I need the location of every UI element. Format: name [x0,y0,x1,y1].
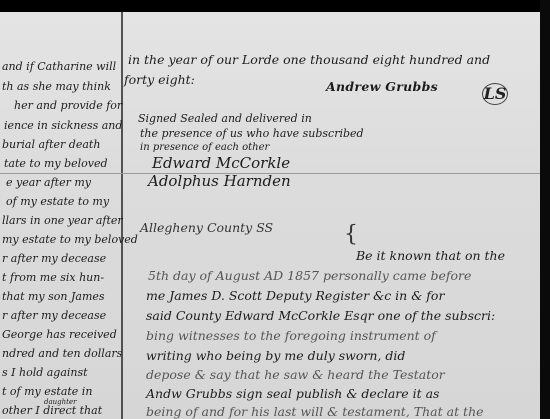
left-line: of my estate to my [6,195,109,208]
affidavit-line: being of and for his last will & testame… [146,404,484,419]
left-line: ience in sickness and [4,119,122,132]
affidavit-line: said County Edward McCorkle Esqr one of … [146,308,495,323]
left-line: th as she may think [2,80,111,93]
left-line: my estate to my beloved [2,233,138,246]
scan-right-border [540,0,550,419]
attestation-line: in presence of each other [140,142,269,153]
scan-top-border [0,0,550,12]
left-line: burial after death [2,138,100,151]
left-line: r after my decease [2,252,106,265]
left-line: e year after my [6,176,91,189]
left-line: s I hold against [2,366,88,379]
affidavit-line: Andw Grubbs sign seal publish & declare … [146,386,439,401]
affidavit-line: bing witnesses to the foregoing instrume… [146,328,436,343]
left-line: her and provide for [14,99,122,112]
left-line: r after my decease [2,309,106,322]
attestation-line: the presence of us who have subscribed [140,127,364,140]
date-line: forty eight: [124,72,195,87]
bracket-mark: { [344,222,358,247]
left-line: llars in one year after [2,214,123,227]
affidavit-line: writing who being by me duly sworn, did [146,348,405,363]
left-line: tate to my beloved [4,157,108,170]
affidavit-line: depose & say that he saw & heard the Tes… [146,367,445,382]
manuscript-page: and if Catharine will th as she may thin… [0,12,540,419]
date-line: in the year of our Lorde one thousand ei… [128,52,490,67]
left-insert: daughter [44,398,76,406]
witness-signature: Edward McCorkle [152,154,290,172]
left-line: George has received [2,328,117,341]
testator-signature: Andrew Grubbs [326,79,438,94]
affidavit-line: me James D. Scott Deputy Register &c in … [146,288,444,303]
witness-signature: Adolphus Harnden [148,172,291,190]
left-line: that my son James [2,290,105,303]
left-line: and if Catharine will [2,60,116,73]
attestation-line: Signed Sealed and delivered in [138,112,312,125]
left-line: t from me six hun- [2,271,104,284]
left-line: ndred and ten dollars [2,347,122,360]
left-line: t of my estate in [2,385,92,398]
seal-mark: LS [482,83,508,105]
affidavit-line: Be it known that on the [356,248,505,263]
county-heading: Allegheny County SS [140,220,273,235]
affidavit-line: 5th day of August AD 1857 personally cam… [148,268,471,283]
